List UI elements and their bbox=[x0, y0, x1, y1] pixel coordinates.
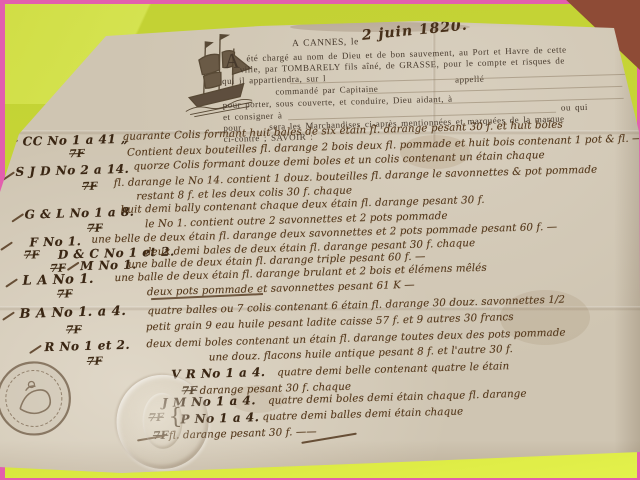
header-line: et consigner à bbox=[223, 110, 283, 122]
merchant-mark: 7F bbox=[66, 323, 82, 336]
merchant-mark: 7F bbox=[69, 147, 85, 160]
pen-tick bbox=[11, 213, 24, 222]
printed-dateline: A CANNES, le bbox=[292, 37, 359, 49]
header-line: commandé par Capitaine bbox=[275, 84, 378, 97]
merchant-mark: 7F bbox=[57, 287, 73, 300]
form-rule bbox=[367, 86, 622, 94]
circular-ink-stamp-icon bbox=[0, 353, 77, 443]
shipping-mark: V R No 1 a 4. bbox=[171, 365, 266, 382]
paper-content: A CANNES, le 2 juin 1820. A été chargé a… bbox=[0, 0, 640, 480]
shipping-mark: CC No 1 a 41 „ bbox=[22, 132, 128, 149]
header-line: ou qui bbox=[561, 102, 588, 113]
merchant-mark: 7F bbox=[87, 355, 103, 368]
paper-document: A CANNES, le 2 juin 1820. A été chargé a… bbox=[0, 0, 640, 480]
merchant-mark: 7F bbox=[50, 262, 66, 275]
shipping-mark: B A No 1. a 4. bbox=[19, 304, 126, 322]
header-dropcap: A bbox=[224, 49, 240, 74]
header-line: qui il appartiendra, sur l bbox=[222, 73, 326, 86]
pen-tick bbox=[5, 278, 18, 287]
manifest-line: quatre demi belle contenant quatre le ét… bbox=[277, 360, 509, 378]
form-rule bbox=[434, 98, 624, 104]
photo-frame: A CANNES, le 2 juin 1820. A été chargé a… bbox=[0, 0, 640, 480]
pen-tick bbox=[67, 262, 80, 271]
pen-tick bbox=[2, 311, 15, 320]
shipping-mark: R No 1 et 2. bbox=[44, 338, 130, 354]
shipping-mark: S J D No 2 a 14. bbox=[15, 162, 129, 179]
manifest-line: quatre demi balles demi étain chaque bbox=[262, 405, 463, 423]
shipping-mark: G & L No 1 a 8. bbox=[25, 205, 135, 222]
pen-tick bbox=[29, 345, 42, 354]
merchant-mark: 7F bbox=[82, 180, 98, 193]
merchant-mark: 7F bbox=[24, 248, 40, 261]
embossed-seal-core bbox=[142, 392, 184, 449]
pen-tick bbox=[0, 241, 13, 250]
